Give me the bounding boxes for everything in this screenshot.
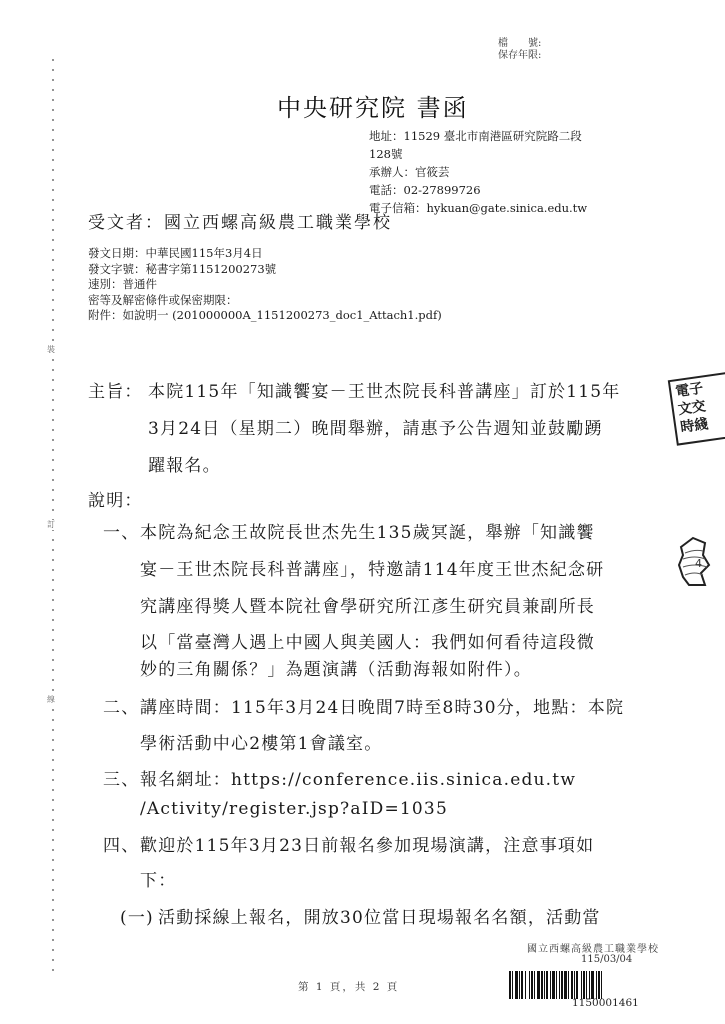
sender-email: 電子信箱：hykuan@gate.sinica.edu.tw <box>369 199 587 217</box>
received-date: 115/03/04 <box>581 954 632 965</box>
subject-line-3: 躍報名。 <box>148 451 221 476</box>
issue-confidentiality: 密等及解密條件或保密期限： <box>88 293 442 309</box>
received-by: 國立西螺高級農工職業學校 <box>527 940 659 955</box>
item-1-line-3: 究講座得獎人暨本院社會學研究所江彥生研究員兼副所長 <box>140 592 595 617</box>
sender-handler: 承辦人：官筱芸 <box>369 163 587 181</box>
binding-dotted-line <box>52 55 54 975</box>
binding-line: 裝 訂 線 <box>50 55 56 975</box>
item-1-marker: 一、 <box>103 518 139 543</box>
subject-line-1: 本院115年「知識饗宴－王世杰院長科普講座」訂於115年 <box>148 377 621 402</box>
archive-info: 檔 號: 保存年限: <box>498 38 541 62</box>
item-4-line-1: 歡迎於115年3月23日前報名參加現場演講，注意事項如 <box>140 831 594 856</box>
sub-item-marker: (一) <box>120 903 154 928</box>
issue-speed: 速別：普通件 <box>88 277 442 293</box>
sender-info: 地址：11529 臺北市南港區研究院路二段 128號 承辦人：官筱芸 電話：02… <box>369 127 587 217</box>
sender-phone: 電話：02-27899726 <box>369 181 587 199</box>
retention-label: 保存年限: <box>498 50 541 62</box>
sender-address-line2: 128號 <box>369 145 587 163</box>
binding-mark-xian: 線 <box>47 695 55 705</box>
item-1-line-1: 本院為紀念王故院長世杰先生135歲冥誕，舉辦「知識饗 <box>140 518 595 543</box>
issue-date: 發文日期：中華民國115年3月4日 <box>88 246 442 262</box>
item-1-line-2: 宴－王世杰院長科普講座」，特邀請114年度王世杰紀念研 <box>140 555 604 580</box>
issue-doc-number: 發文字號：秘書字第1151200273號 <box>88 262 442 278</box>
file-number-label: 檔 號: <box>498 38 541 50</box>
item-1-line-4: 以「當臺灣人遇上中國人與美國人：我們如何看待這段微 <box>140 628 595 653</box>
page-indicator: 第 1 頁，共 2 頁 <box>298 979 399 994</box>
subject-label: 主旨： <box>88 377 143 402</box>
binding-mark-ding: 訂 <box>47 520 55 530</box>
explanation-label: 說明： <box>88 486 143 511</box>
seal-stamp-icon: 4 <box>675 535 715 590</box>
barcode <box>509 971 677 999</box>
issue-attachment[interactable]: 附件：如說明一 (201000000A_1151200273_doc1_Atta… <box>88 308 442 324</box>
electronic-exchange-stamp: 電子 文交 時綫 <box>668 370 725 445</box>
item-2-line-1: 講座時間：115年3月24日晚間7時至8時30分，地點：本院 <box>140 693 624 718</box>
subject-line-2: 3月24日（星期二）晚間舉辦，請惠予公告週知並鼓勵踴 <box>148 414 603 439</box>
item-3-marker: 三、 <box>103 765 139 790</box>
item-3-line-2[interactable]: /Activity/register.jsp?aID=1035 <box>140 799 448 819</box>
issue-info: 發文日期：中華民國115年3月4日 發文字號：秘書字第1151200273號 速… <box>88 246 442 324</box>
item-2-marker: 二、 <box>103 693 139 718</box>
item-4-line-2: 下： <box>140 866 176 891</box>
item-3-line-1[interactable]: 報名網址：https://conference.iis.sinica.edu.t… <box>140 765 576 790</box>
item-2-line-2: 學術活動中心2樓第1會議室。 <box>140 729 382 754</box>
binding-mark-zhuang: 裝 <box>47 345 55 355</box>
item-4-marker: 四、 <box>103 831 139 856</box>
item-1-line-5: 妙的三角關係？」為題演講（活動海報如附件）。 <box>140 655 532 680</box>
recipient: 受文者：國立西螺高級農工職業學校 <box>88 208 392 233</box>
sender-address-line1: 地址：11529 臺北市南港區研究院路二段 <box>369 127 587 145</box>
barcode-number: 1150001461 <box>572 997 639 1009</box>
document-title: 中央研究院 書函 <box>277 88 469 123</box>
sub-item-text: 活動採線上報名，開放30位當日現場報名名額，活動當 <box>158 903 601 928</box>
svg-text:4: 4 <box>695 557 702 570</box>
